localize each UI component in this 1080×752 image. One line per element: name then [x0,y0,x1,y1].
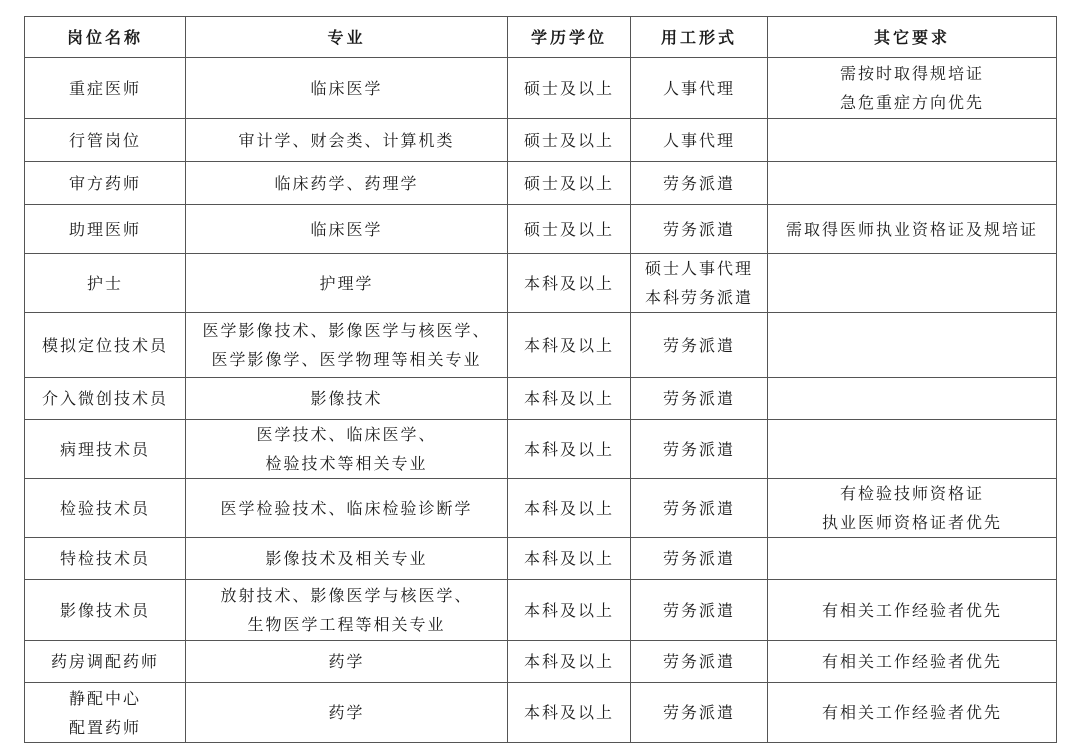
cell-employment-line: 劳务派遣 [635,169,763,198]
cell-position: 药房调配药师 [25,641,186,683]
cell-employment: 人事代理 [631,58,768,119]
cell-employment-line: 劳务派遣 [635,215,763,244]
cell-employment: 劳务派遣 [631,162,768,205]
cell-degree-line: 本科及以上 [512,384,626,413]
cell-major-line: 影像技术 [190,384,503,413]
cell-position-line: 助理医师 [29,215,181,244]
cell-position-line: 药房调配药师 [29,647,181,676]
cell-employment-line: 劳务派遣 [635,435,763,464]
cell-employment: 劳务派遣 [631,580,768,641]
cell-degree: 本科及以上 [508,378,631,420]
cell-major: 药学 [186,641,508,683]
table-row: 重症医师临床医学硕士及以上人事代理需按时取得规培证急危重症方向优先 [25,58,1057,119]
cell-employment-line: 劳务派遣 [635,384,763,413]
cell-position: 护士 [25,254,186,313]
cell-position-line: 检验技术员 [29,494,181,523]
cell-major-line: 生物医学工程等相关专业 [190,610,503,639]
cell-degree: 硕士及以上 [508,205,631,254]
cell-position-line: 模拟定位技术员 [29,331,181,360]
cell-position: 特检技术员 [25,538,186,580]
cell-other: 需取得医师执业资格证及规培证 [768,205,1057,254]
cell-major: 临床医学 [186,58,508,119]
cell-major: 护理学 [186,254,508,313]
cell-degree: 本科及以上 [508,538,631,580]
cell-degree-line: 硕士及以上 [512,169,626,198]
header-major: 专业 [186,17,508,58]
cell-major-line: 影像技术及相关专业 [190,544,503,573]
cell-employment: 劳务派遣 [631,641,768,683]
cell-degree: 本科及以上 [508,420,631,479]
cell-employment: 人事代理 [631,119,768,162]
job-requirements-table: 岗位名称 专业 学历学位 用工形式 其它要求 重症医师临床医学硕士及以上人事代理… [24,16,1057,743]
cell-major-line: 药学 [190,647,503,676]
cell-major: 审计学、财会类、计算机类 [186,119,508,162]
table-row: 介入微创技术员影像技术本科及以上劳务派遣 [25,378,1057,420]
cell-employment-line: 本科劳务派遣 [635,283,763,312]
cell-major-line: 护理学 [190,269,503,298]
cell-major-line: 医学技术、临床医学、 [190,420,503,449]
cell-other-line: 有相关工作经验者优先 [772,698,1052,727]
cell-other-line: 有相关工作经验者优先 [772,647,1052,676]
table-row: 静配中心配置药师药学本科及以上劳务派遣有相关工作经验者优先 [25,683,1057,743]
cell-employment: 劳务派遣 [631,378,768,420]
cell-other-line: 急危重症方向优先 [772,88,1052,117]
cell-position: 病理技术员 [25,420,186,479]
cell-employment-line: 人事代理 [635,74,763,103]
cell-degree: 本科及以上 [508,683,631,743]
cell-other [768,538,1057,580]
cell-major-line: 医学检验技术、临床检验诊断学 [190,494,503,523]
cell-degree: 硕士及以上 [508,119,631,162]
cell-position: 影像技术员 [25,580,186,641]
cell-major: 药学 [186,683,508,743]
cell-position-line: 特检技术员 [29,544,181,573]
cell-degree: 本科及以上 [508,641,631,683]
cell-degree-line: 硕士及以上 [512,126,626,155]
cell-position: 检验技术员 [25,479,186,538]
cell-degree: 本科及以上 [508,254,631,313]
table-row: 检验技术员医学检验技术、临床检验诊断学本科及以上劳务派遣有检验技师资格证执业医师… [25,479,1057,538]
cell-major: 影像技术及相关专业 [186,538,508,580]
cell-position-line: 病理技术员 [29,435,181,464]
cell-other [768,254,1057,313]
cell-other [768,313,1057,378]
cell-other: 有相关工作经验者优先 [768,683,1057,743]
table-row: 护士护理学本科及以上硕士人事代理本科劳务派遣 [25,254,1057,313]
cell-major-line: 医学影像技术、影像医学与核医学、 [190,316,503,345]
table-row: 病理技术员医学技术、临床医学、检验技术等相关专业本科及以上劳务派遣 [25,420,1057,479]
cell-employment: 劳务派遣 [631,420,768,479]
cell-degree-line: 本科及以上 [512,647,626,676]
cell-other-line: 有相关工作经验者优先 [772,596,1052,625]
cell-position-line: 静配中心 [29,684,181,713]
cell-employment-line: 劳务派遣 [635,494,763,523]
cell-position: 介入微创技术员 [25,378,186,420]
cell-major-line: 检验技术等相关专业 [190,449,503,478]
cell-major-line: 药学 [190,698,503,727]
cell-degree: 本科及以上 [508,479,631,538]
cell-major: 影像技术 [186,378,508,420]
cell-degree-line: 本科及以上 [512,269,626,298]
cell-other: 有检验技师资格证执业医师资格证者优先 [768,479,1057,538]
table-row: 审方药师临床药学、药理学硕士及以上劳务派遣 [25,162,1057,205]
header-other: 其它要求 [768,17,1057,58]
cell-position-line: 重症医师 [29,74,181,103]
table-body: 重症医师临床医学硕士及以上人事代理需按时取得规培证急危重症方向优先行管岗位审计学… [25,58,1057,743]
cell-position: 重症医师 [25,58,186,119]
cell-degree: 硕士及以上 [508,162,631,205]
cell-employment-line: 劳务派遣 [635,596,763,625]
cell-major: 临床药学、药理学 [186,162,508,205]
cell-degree-line: 硕士及以上 [512,74,626,103]
cell-position: 模拟定位技术员 [25,313,186,378]
cell-position-line: 护士 [29,269,181,298]
cell-position-line: 行管岗位 [29,126,181,155]
cell-major: 医学技术、临床医学、检验技术等相关专业 [186,420,508,479]
cell-degree-line: 硕士及以上 [512,215,626,244]
header-position: 岗位名称 [25,17,186,58]
cell-degree-line: 本科及以上 [512,435,626,464]
cell-employment-line: 劳务派遣 [635,647,763,676]
cell-employment: 劳务派遣 [631,479,768,538]
cell-major: 医学影像技术、影像医学与核医学、医学影像学、医学物理等相关专业 [186,313,508,378]
cell-position: 助理医师 [25,205,186,254]
cell-major: 医学检验技术、临床检验诊断学 [186,479,508,538]
cell-other [768,420,1057,479]
cell-employment: 劳务派遣 [631,538,768,580]
cell-position: 审方药师 [25,162,186,205]
cell-employment: 硕士人事代理本科劳务派遣 [631,254,768,313]
cell-major-line: 临床医学 [190,215,503,244]
cell-other-line: 执业医师资格证者优先 [772,508,1052,537]
cell-degree-line: 本科及以上 [512,331,626,360]
cell-other-line: 有检验技师资格证 [772,479,1052,508]
cell-position: 行管岗位 [25,119,186,162]
cell-other: 需按时取得规培证急危重症方向优先 [768,58,1057,119]
cell-degree: 本科及以上 [508,580,631,641]
cell-position-line: 审方药师 [29,169,181,198]
cell-major-line: 医学影像学、医学物理等相关专业 [190,345,503,374]
cell-employment: 劳务派遣 [631,313,768,378]
cell-position: 静配中心配置药师 [25,683,186,743]
cell-position-line: 配置药师 [29,713,181,742]
table-row: 行管岗位审计学、财会类、计算机类硕士及以上人事代理 [25,119,1057,162]
cell-major-line: 放射技术、影像医学与核医学、 [190,581,503,610]
cell-other: 有相关工作经验者优先 [768,641,1057,683]
cell-major: 放射技术、影像医学与核医学、生物医学工程等相关专业 [186,580,508,641]
cell-degree-line: 本科及以上 [512,596,626,625]
cell-employment: 劳务派遣 [631,683,768,743]
cell-major-line: 临床医学 [190,74,503,103]
cell-other [768,378,1057,420]
table-row: 药房调配药师药学本科及以上劳务派遣有相关工作经验者优先 [25,641,1057,683]
cell-major-line: 审计学、财会类、计算机类 [190,126,503,155]
cell-degree: 硕士及以上 [508,58,631,119]
cell-employment-line: 劳务派遣 [635,698,763,727]
cell-degree-line: 本科及以上 [512,544,626,573]
header-degree: 学历学位 [508,17,631,58]
header-employment: 用工形式 [631,17,768,58]
table-row: 模拟定位技术员医学影像技术、影像医学与核医学、医学影像学、医学物理等相关专业本科… [25,313,1057,378]
cell-employment-line: 硕士人事代理 [635,254,763,283]
cell-other: 有相关工作经验者优先 [768,580,1057,641]
cell-other [768,162,1057,205]
cell-degree-line: 本科及以上 [512,494,626,523]
cell-major: 临床医学 [186,205,508,254]
cell-major-line: 临床药学、药理学 [190,169,503,198]
table-row: 特检技术员影像技术及相关专业本科及以上劳务派遣 [25,538,1057,580]
table-row: 助理医师临床医学硕士及以上劳务派遣需取得医师执业资格证及规培证 [25,205,1057,254]
cell-employment: 劳务派遣 [631,205,768,254]
cell-other [768,119,1057,162]
cell-position-line: 介入微创技术员 [29,384,181,413]
cell-degree: 本科及以上 [508,313,631,378]
cell-position-line: 影像技术员 [29,596,181,625]
cell-other-line: 需按时取得规培证 [772,59,1052,88]
cell-other-line: 需取得医师执业资格证及规培证 [772,215,1052,244]
cell-employment-line: 劳务派遣 [635,544,763,573]
cell-employment-line: 人事代理 [635,126,763,155]
cell-degree-line: 本科及以上 [512,698,626,727]
table-header-row: 岗位名称 专业 学历学位 用工形式 其它要求 [25,17,1057,58]
cell-employment-line: 劳务派遣 [635,331,763,360]
table-row: 影像技术员放射技术、影像医学与核医学、生物医学工程等相关专业本科及以上劳务派遣有… [25,580,1057,641]
